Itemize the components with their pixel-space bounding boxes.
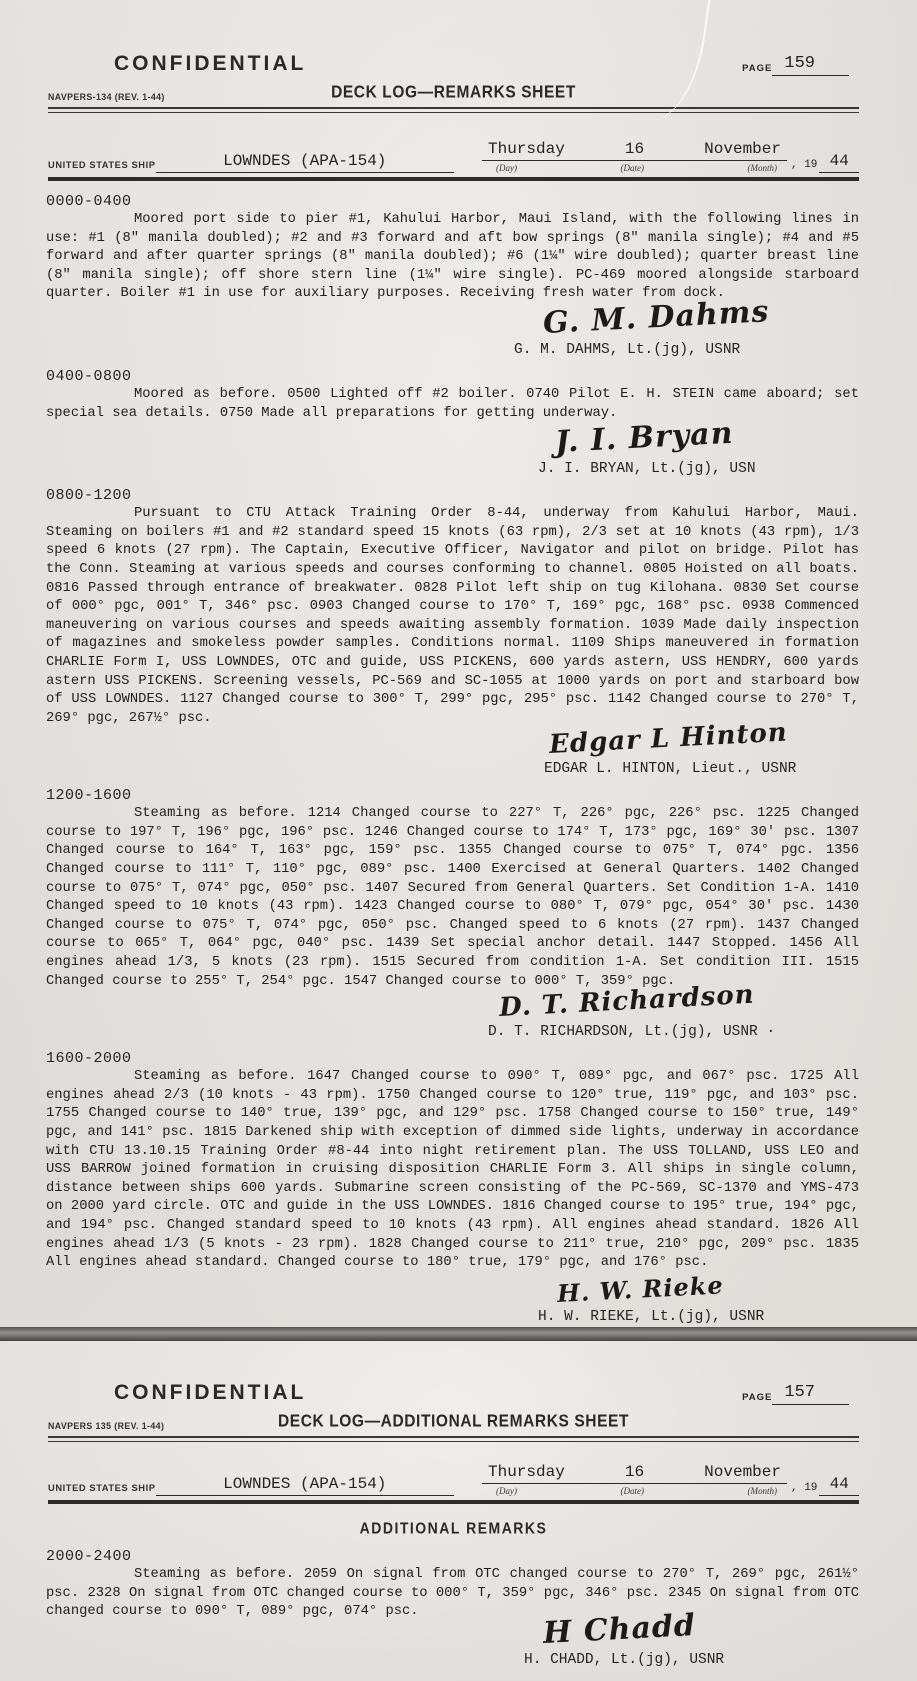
watch-period: 0800-1200: [46, 487, 859, 504]
page-2-additional-remarks-sheet: CONFIDENTIAL PAGE 157 NAVPERS 135 (REV. …: [0, 1341, 917, 1681]
page-2-log-entries: 2000-2400 Steaming as before. 2059 On si…: [0, 1536, 917, 1668]
watch-period: 0000-0400: [46, 193, 859, 210]
page-separator-shadow: [0, 1327, 917, 1341]
page-1-header: CONFIDENTIAL PAGE 159 NAVPERS-134 (REV. …: [0, 0, 917, 181]
log-entry-text: Moored port side to pier #1, Kahului Har…: [46, 211, 859, 304]
ship-name: LOWNDES (APA-154): [156, 151, 454, 173]
sheet-title: DECK LOG—ADDITIONAL REMARKS SHEET: [263, 1412, 644, 1433]
log-entry-1600-2000: 1600-2000 Steaming as before. 1647 Chang…: [46, 1050, 859, 1325]
signature-typed: H. W. RIEKE, Lt.(jg), USNR: [538, 1309, 859, 1325]
month-value: November: [704, 1462, 781, 1482]
thick-rule: [48, 1500, 859, 1504]
form-number: NAVPERS-134 (REV. 1-44): [48, 92, 263, 102]
year-field: , 19 44: [787, 151, 859, 173]
log-entry-text: Steaming as before. 1647 Changed course …: [46, 1068, 859, 1273]
day-value: Thursday: [488, 1462, 565, 1482]
ship-and-date-row: UNITED STATES SHIP LOWNDES (APA-154) Thu…: [48, 139, 859, 173]
page-number-field: PAGE 157: [742, 1383, 849, 1405]
month-caption: (Month): [748, 163, 778, 173]
log-entry-0800-1200: 0800-1200 Pursuant to CTU Attack Trainin…: [46, 487, 859, 777]
double-rule: [48, 1436, 859, 1442]
signature-typed: EDGAR L. HINTON, Lieut., USNR: [544, 761, 859, 777]
signature-typed: J. I. BRYAN, Lt.(jg), USN: [538, 461, 859, 477]
log-entry-text: Steaming as before. 1214 Changed course …: [46, 805, 859, 991]
page-label: PAGE: [742, 63, 772, 76]
page-2-header: CONFIDENTIAL PAGE 157 NAVPERS 135 (REV. …: [0, 1341, 917, 1536]
year-value: 44: [819, 1474, 859, 1496]
form-number: NAVPERS 135 (REV. 1-44): [48, 1421, 263, 1431]
deck-log-document: CONFIDENTIAL PAGE 159 NAVPERS-134 (REV. …: [0, 0, 917, 1681]
log-entry-0000-0400: 0000-0400 Moored port side to pier #1, K…: [46, 193, 859, 358]
classification-stamp: CONFIDENTIAL: [114, 1381, 306, 1405]
log-entry-text: Pursuant to CTU Attack Training Order 8-…: [46, 505, 859, 728]
page-number-field: PAGE 159: [742, 54, 849, 76]
date-value: 16: [625, 1462, 644, 1482]
log-entry-0400-0800: 0400-0800 Moored as before. 0500 Lighted…: [46, 368, 859, 477]
date-value: 16: [625, 139, 644, 159]
classification-stamp: CONFIDENTIAL: [114, 52, 306, 76]
page-number-value: 159: [772, 54, 849, 76]
signature-block: H. W. Rieke H. W. RIEKE, Lt.(jg), USNR: [538, 1279, 859, 1325]
signature-block: Edgar L Hinton EDGAR L. HINTON, Lieut., …: [544, 730, 859, 777]
page-label: PAGE: [742, 1392, 772, 1405]
day-caption: (Day): [496, 1486, 517, 1496]
day-caption: (Day): [496, 163, 517, 173]
month-value: November: [704, 139, 781, 159]
sheet-title: DECK LOG—REMARKS SHEET: [263, 83, 644, 104]
page-1-log-entries: 0000-0400 Moored port side to pier #1, K…: [0, 181, 917, 1325]
year-field: , 19 44: [787, 1474, 859, 1496]
watch-period: 2000-2400: [46, 1548, 859, 1565]
signature-typed: H. CHADD, Lt.(jg), USNR: [524, 1652, 859, 1668]
year-value: 44: [819, 151, 859, 173]
watch-period: 1200-1600: [46, 787, 859, 804]
date-caption: (Date): [621, 163, 645, 173]
log-entry-2000-2400: 2000-2400 Steaming as before. 2059 On si…: [46, 1548, 859, 1668]
log-entry-1200-1600: 1200-1600 Steaming as before. 1214 Chang…: [46, 787, 859, 1040]
date-field: Thursday 16 November (Day) (Date) (Month…: [482, 1462, 787, 1496]
signature-block: G. M. Dahms G. M. DAHMS, Lt.(jg), USNR: [514, 306, 859, 358]
page-1-remarks-sheet: CONFIDENTIAL PAGE 159 NAVPERS-134 (REV. …: [0, 0, 917, 1327]
double-rule: [48, 107, 859, 113]
ship-label: UNITED STATES SHIP: [48, 1483, 156, 1496]
signature-typed: D. T. RICHARDSON, Lt.(jg), USNR ·: [488, 1024, 859, 1040]
year-prefix: , 19: [787, 1482, 819, 1496]
watch-period: 1600-2000: [46, 1050, 859, 1067]
signature-block: J. I. Bryan J. I. BRYAN, Lt.(jg), USN: [538, 425, 859, 477]
ship-label: UNITED STATES SHIP: [48, 160, 156, 173]
ship-and-date-row: UNITED STATES SHIP LOWNDES (APA-154) Thu…: [48, 1462, 859, 1496]
year-prefix: , 19: [787, 159, 819, 173]
date-field: Thursday 16 November (Day) (Date) (Month…: [482, 139, 787, 173]
watch-period: 0400-0800: [46, 368, 859, 385]
date-caption: (Date): [621, 1486, 645, 1496]
signature-block: H Chadd H. CHADD, Lt.(jg), USNR: [524, 1616, 859, 1668]
signature-block: D. T. Richardson D. T. RICHARDSON, Lt.(j…: [488, 993, 859, 1040]
month-caption: (Month): [748, 1486, 778, 1496]
day-value: Thursday: [488, 139, 565, 159]
ship-name: LOWNDES (APA-154): [156, 1474, 454, 1496]
signature-typed: G. M. DAHMS, Lt.(jg), USNR: [514, 342, 859, 358]
additional-remarks-title: ADDITIONAL REMARKS: [48, 1519, 859, 1537]
page-number-value: 157: [772, 1383, 849, 1405]
